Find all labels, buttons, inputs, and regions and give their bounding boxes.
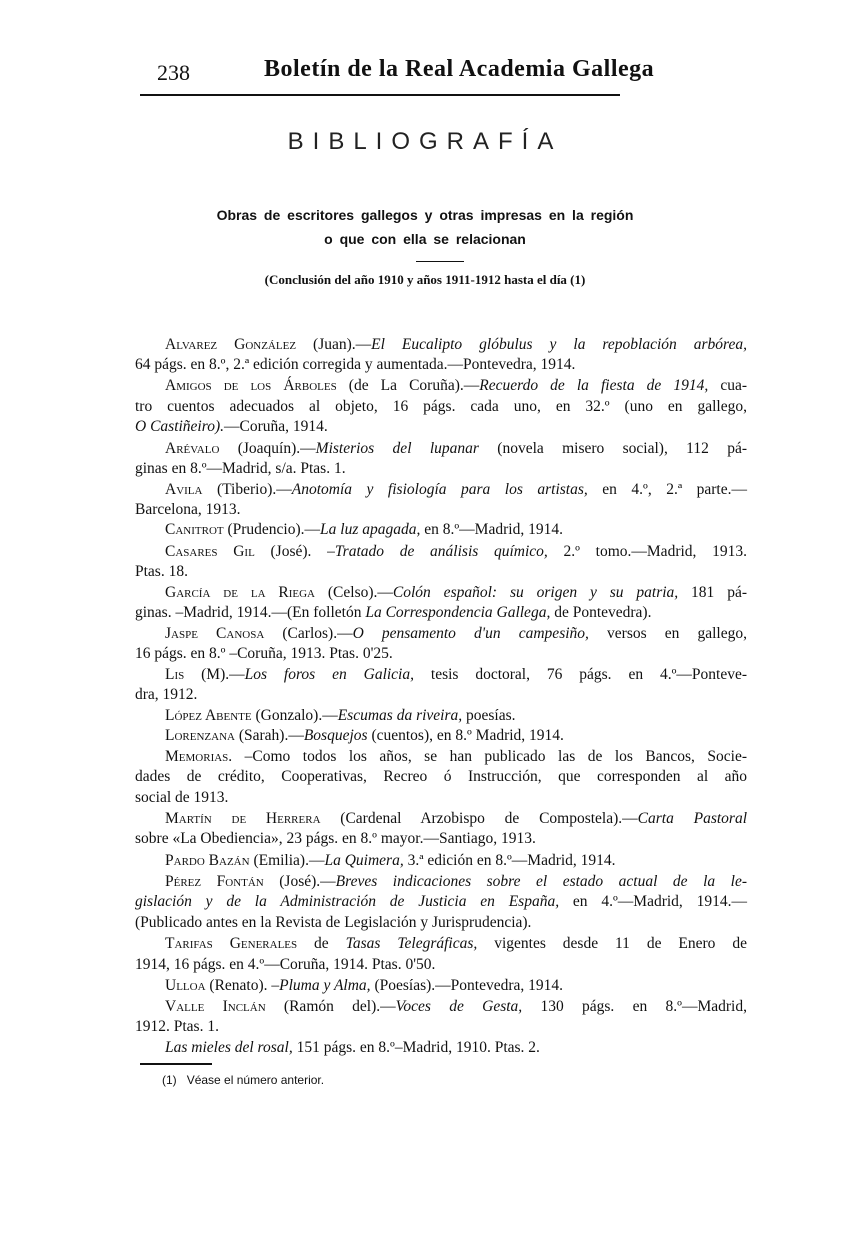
entry-title: El Eucalipto glóbulus y la repoblación a… (371, 336, 747, 353)
entry-text: (cuentos), en 8.º Madrid, 1914. (368, 727, 564, 744)
entry-text: (José). – (255, 543, 335, 560)
entry-text: 130 págs. en 8.º—Madrid, (522, 998, 747, 1015)
bibliography-line: García de la Riega (Celso).—Colón españo… (165, 584, 747, 602)
entry-text: (Emilia).— (250, 852, 325, 869)
entry-text: (Tiberio).— (202, 481, 291, 498)
entry-text: (Poesías).—Pontevedra, 1914. (371, 977, 563, 994)
bibliography-line: sobre «La Obediencia», 23 págs. en 8.º m… (135, 830, 747, 848)
entry-text: de (297, 935, 346, 952)
entry-text: vigentes desde 11 de Enero de (477, 935, 747, 952)
entry-text: (Carlos).— (264, 625, 352, 642)
entry-author: Ulloa (165, 977, 206, 994)
entry-title: Tasas Telegráficas, (346, 935, 478, 952)
bibliography-line: Arévalo (Joaquín).—Misterios del lupanar… (165, 440, 747, 458)
entry-text: cua- (708, 377, 747, 394)
entry-text: Barcelona, 1913. (135, 501, 240, 518)
entry-text: 151 págs. en 8.º–Madrid, 1910. Ptas. 2. (293, 1039, 540, 1056)
bibliography-line: Las mieles del rosal, 151 págs. en 8.º–M… (165, 1039, 747, 1057)
entry-title: Pluma y Alma, (279, 977, 370, 994)
entry-author: Lorenzana (165, 727, 235, 744)
subtitle-line-1: Obras de escritores gallegos y otras imp… (0, 207, 850, 223)
bibliography-line: Avila (Tiberio).—Anotomía y fisiología p… (165, 481, 747, 499)
entry-text: ginas. –Madrid, 1914.—(En folletón (135, 604, 365, 621)
entry-author: Amigos de los Árboles (165, 377, 337, 394)
entry-text: versos en gallego, (589, 625, 747, 642)
entry-author: Avila (165, 481, 202, 498)
bibliography-line: Martín de Herrera (Cardenal Arzobispo de… (165, 810, 747, 828)
bibliography-line: Pérez Fontán (José).—Breves indicaciones… (165, 873, 747, 891)
bibliography-line: dades de crédito, Cooperativas, Recreo ó… (135, 768, 747, 786)
bibliography-line: O Castiñeiro).—Coruña, 1914. (135, 418, 747, 436)
bibliography-line: Memorias. –Como todos los años, se han p… (165, 748, 747, 766)
entry-title: O pensamento d'un campesiño, (353, 625, 589, 642)
entry-title: Voces de Gesta, (396, 998, 523, 1015)
bibliography-line: 64 págs. en 8.º, 2.ª edición corregida y… (135, 356, 747, 374)
entry-text: (de La Coruña).— (337, 377, 480, 394)
bibliography-line: Amigos de los Árboles (de La Coruña).—Re… (165, 377, 747, 395)
bibliography-line: López Abente (Gonzalo).—Escumas da rivei… (165, 707, 747, 725)
bibliography-line: Jaspe Canosa (Carlos).—O pensamento d'un… (165, 625, 747, 643)
entry-author: Tarifas Generales (165, 935, 297, 952)
entry-author: Arévalo (165, 440, 219, 457)
entry-title: Recuerdo de la fiesta de 1914, (479, 377, 708, 394)
entry-text: 1914, 16 págs. en 4.º—Coruña, 1914. Ptas… (135, 956, 435, 973)
bibliography-line: Lis (M).—Los foros en Galicia, tesis doc… (165, 666, 747, 684)
entry-title: Escumas da riveira, (338, 707, 462, 724)
entry-author: Memorias. (165, 748, 232, 765)
bibliography-line: Alvarez González (Juan).—El Eucalipto gl… (165, 336, 747, 354)
bibliography-line: Canitrot (Prudencio).—La luz apagada, en… (165, 521, 747, 539)
entry-author: Casares Gil (165, 543, 255, 560)
bibliography-line: ginas en 8.º—Madrid, s/a. Ptas. 1. (135, 460, 747, 478)
entry-title: La Quimera, (324, 852, 403, 869)
bibliography-line: dra, 1912. (135, 686, 747, 704)
entry-author: Martín de Herrera (165, 810, 321, 827)
entry-text: (Gonzalo).— (252, 707, 338, 724)
entry-text: —Coruña, 1914. (224, 418, 328, 435)
entry-text: dra, 1912. (135, 686, 197, 703)
entry-author: García de la Riega (165, 584, 315, 601)
page-number: 238 (157, 60, 190, 86)
bibliography-line: Casares Gil (José). –Tratado de análisis… (165, 543, 747, 561)
entry-title: Carta Pastoral (638, 810, 747, 827)
entry-author: Lis (165, 666, 184, 683)
bibliography-line: Tarifas Generales de Tasas Telegráficas,… (165, 935, 747, 953)
entry-author: Pérez Fontán (165, 873, 264, 890)
journal-title: Boletín de la Real Academia Gallega (264, 56, 654, 83)
bibliography-line: tro cuentos adecuados al objeto, 16 págs… (135, 398, 747, 416)
entry-text: (Ramón del).— (266, 998, 396, 1015)
entry-author: Jaspe Canosa (165, 625, 264, 642)
entry-title: Los foros en Galicia, (245, 666, 414, 683)
bibliography-line: ginas. –Madrid, 1914.—(En folletón La Co… (135, 604, 747, 622)
conclusion-note: (Conclusión del año 1910 y años 1911-191… (0, 272, 850, 288)
entry-text: Ptas. 18. (135, 563, 188, 580)
bibliography-line: gislación y de la Administración de Just… (135, 893, 747, 911)
entry-text: 16 págs. en 8.º –Coruña, 1913. Ptas. 0'2… (135, 645, 393, 662)
entry-author: Valle Inclán (165, 998, 266, 1015)
entry-text: de Pontevedra). (550, 604, 651, 621)
entry-author: Canitrot (165, 521, 224, 538)
bibliography-line: 1914, 16 págs. en 4.º—Coruña, 1914. Ptas… (135, 956, 747, 974)
entry-text: tesis doctoral, 76 págs. en 4.º—Ponteve- (414, 666, 747, 683)
subtitle-line-2: o que con ella se relacionan (0, 231, 850, 247)
entry-title: La Correspondencia Gallega, (365, 604, 550, 621)
entry-title: Tratado de análisis químico, (335, 543, 548, 560)
entry-author: López Abente (165, 707, 252, 724)
entry-text: (novela misero social), 112 pá- (479, 440, 747, 457)
entry-text: (Sarah).— (235, 727, 304, 744)
entry-text: (Cardenal Arzobispo de Compostela).— (321, 810, 638, 827)
footnote-rule (140, 1063, 212, 1065)
entry-text: tro cuentos adecuados al objeto, 16 págs… (135, 398, 747, 415)
bibliography-line: Barcelona, 1913. (135, 501, 747, 519)
bibliography-line: Lorenzana (Sarah).—Bosquejos (cuentos), … (165, 727, 747, 745)
bibliography-line: (Publicado antes en la Revista de Legisl… (135, 914, 747, 932)
entry-text: en 8.º—Madrid, 1914. (420, 521, 563, 538)
entry-text: 181 pá- (678, 584, 747, 601)
entry-text: (José).— (264, 873, 336, 890)
entry-text: (Prudencio).— (224, 521, 320, 538)
entry-title: Anotomía y fisiología para los artistas, (292, 481, 588, 498)
entry-text: poesías. (462, 707, 515, 724)
entry-title: Bosquejos (304, 727, 368, 744)
section-title: BIBLIOGRAFÍA (0, 128, 850, 156)
entry-text: en 4.º—Madrid, 1914.— (559, 893, 747, 910)
entry-text: 1912. Ptas. 1. (135, 1018, 219, 1035)
bibliography-line: 16 págs. en 8.º –Coruña, 1913. Ptas. 0'2… (135, 645, 747, 663)
bibliography-line: Pardo Bazán (Emilia).—La Quimera, 3.ª ed… (165, 852, 747, 870)
short-divider (416, 261, 464, 262)
entry-text: social de 1913. (135, 789, 228, 806)
entry-text: (Renato). – (206, 977, 280, 994)
entry-text: (Celso).— (315, 584, 393, 601)
entry-text: en 4.º, 2.ª parte.— (588, 481, 747, 498)
footnote-marker: (1) (162, 1073, 177, 1087)
entry-text: dades de crédito, Cooperativas, Recreo ó… (135, 768, 747, 785)
entry-title: Breves indicaciones sobre el estado actu… (336, 873, 747, 890)
bibliography-line: Ulloa (Renato). –Pluma y Alma, (Poesías)… (165, 977, 747, 995)
entry-author: Pardo Bazán (165, 852, 250, 869)
entry-text: (Juan).— (296, 336, 371, 353)
bibliography-line: social de 1913. (135, 789, 747, 807)
entry-title: Las mieles del rosal, (165, 1039, 293, 1056)
bibliography-line: Valle Inclán (Ramón del).—Voces de Gesta… (165, 998, 747, 1016)
entry-text: 64 págs. en 8.º, 2.ª edición corregida y… (135, 356, 575, 373)
entry-text: sobre «La Obediencia», 23 págs. en 8.º m… (135, 830, 536, 847)
entry-text: (Joaquín).— (219, 440, 315, 457)
entry-text: (Publicado antes en la Revista de Legisl… (135, 914, 531, 931)
entry-title: Misterios del lupanar (316, 440, 479, 457)
entry-title: Colón español: su origen y su patria, (393, 584, 678, 601)
entry-text: (M).— (184, 666, 244, 683)
entry-title: La luz apagada, (320, 521, 420, 538)
entry-text: 3.ª edición en 8.º—Madrid, 1914. (404, 852, 616, 869)
entry-title: gislación y de la Administración de Just… (135, 893, 559, 910)
entry-text: –Como todos los años, se han publicado l… (232, 748, 747, 765)
entry-title: O Castiñeiro). (135, 418, 224, 435)
bibliography-line: Ptas. 18. (135, 563, 747, 581)
header-rule (140, 94, 620, 96)
entry-text: ginas en 8.º—Madrid, s/a. Ptas. 1. (135, 460, 346, 477)
bibliography-line: 1912. Ptas. 1. (135, 1018, 747, 1036)
entry-text: 2.º tomo.—Madrid, 1913. (548, 543, 747, 560)
footnote-text: Véase el número anterior. (187, 1073, 324, 1087)
footnote: (1) Véase el número anterior. (162, 1073, 324, 1087)
entry-author: Alvarez González (165, 336, 296, 353)
